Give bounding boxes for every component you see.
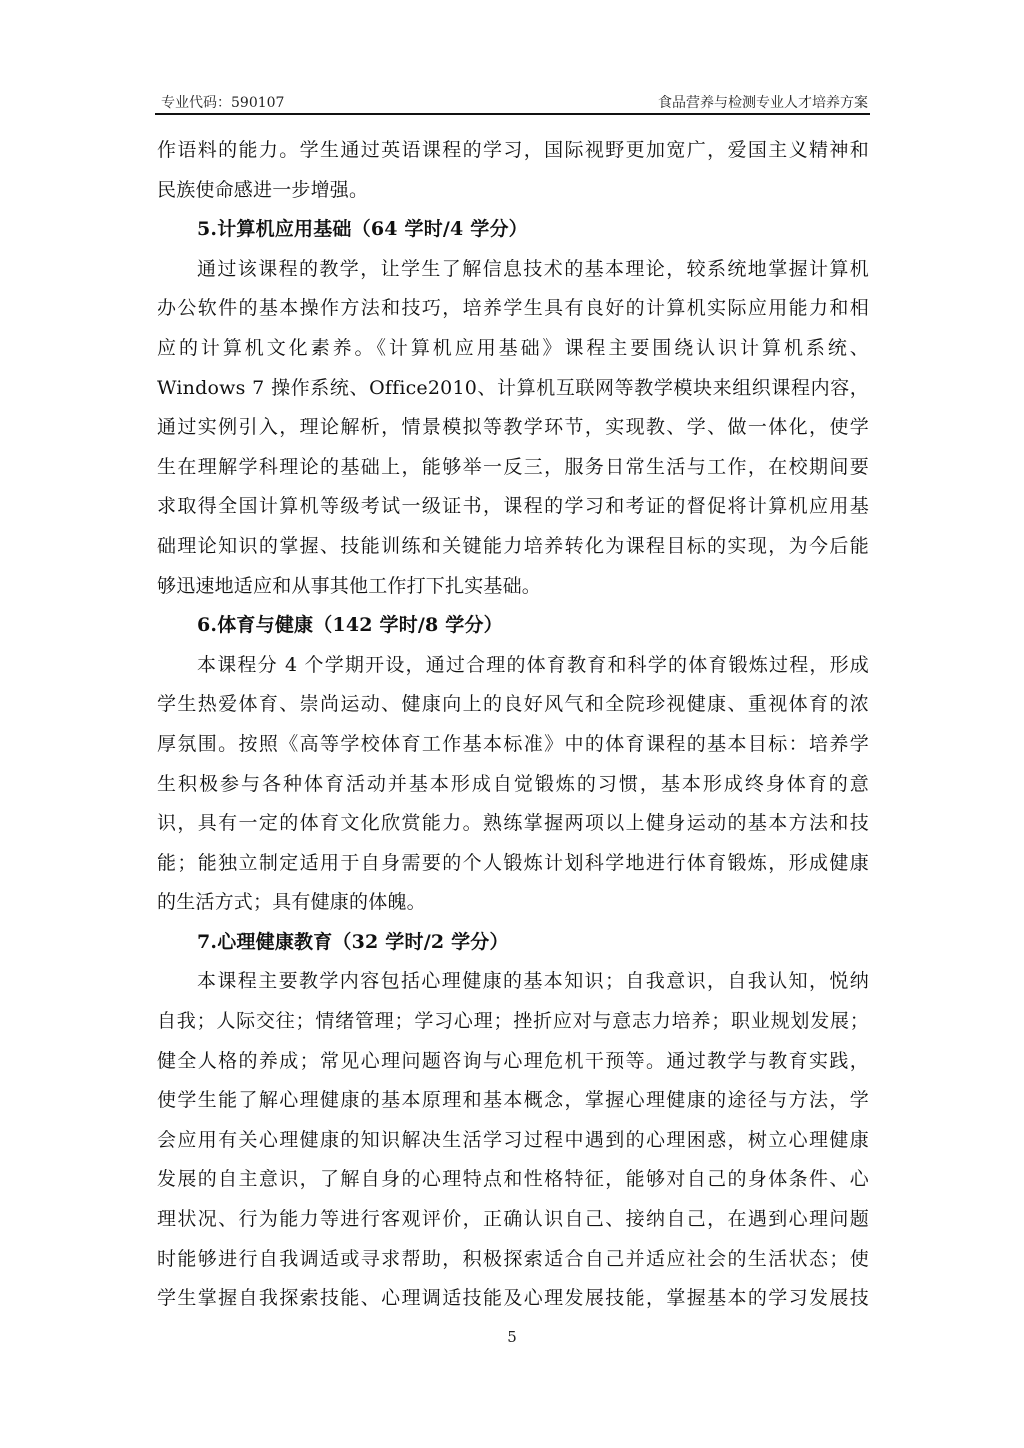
text-line: 时能够进行自我调适或寻求帮助，积极探索适合自己并适应社会的生活状态；使 [157,1240,869,1280]
text-line: 使学生能了解心理健康的基本原理和基本概念，掌握心理健康的途径与方法，学 [157,1081,869,1121]
text-line: 发展的自主意识，了解自身的心理特点和性格特征，能够对自己的身体条件、心 [157,1160,869,1200]
text-line: 够迅速地适应和从事其他工作打下扎实基础。 [157,567,869,607]
text-line: 自我；人际交往；情绪管理；学习心理；挫折应对与意志力培养；职业规划发展； [157,1002,869,1042]
text-line: 求取得全国计算机等级考试一级证书，课程的学习和考证的督促将计算机应用基 [157,487,869,527]
text-line: 通过实例引入，理论解析，情景模拟等教学环节，实现教、学、做一体化，使学 [157,408,869,448]
section-heading-mental-health: 7.心理健康教育（32 学时/2 学分） [157,923,869,963]
text-line: 学生掌握自我探索技能、心理调适技能及心理发展技能，掌握基本的学习发展技 [157,1279,869,1319]
text-line: 识，具有一定的体育文化欣赏能力。熟练掌握两项以上健身运动的基本方法和技 [157,804,869,844]
text-line: 学生热爱体育、崇尚运动、健康向上的良好风气和全院珍视健康、重视体育的浓 [157,685,869,725]
header-divider [155,113,870,115]
page-number: 5 [0,1328,1024,1346]
text-line: 生在理解学科理论的基础上，能够举一反三，服务日常生活与工作，在校期间要 [157,448,869,488]
text-line: 厚氛围。按照《高等学校体育工作基本标准》中的体育课程的基本目标：培养学 [157,725,869,765]
text-line: Windows 7 操作系统、Office2010、计算机互联网等教学模块来组织… [157,369,869,409]
major-code: 专业代码：590107 [161,92,284,112]
text-line: 础理论知识的掌握、技能训练和关键能力培养转化为课程目标的实现，为今后能 [157,527,869,567]
text-line: 健全人格的养成；常见心理问题咨询与心理危机干预等。通过教学与教育实践， [157,1042,869,1082]
text-line: 理状况、行为能力等进行客观评价，正确认识自己、接纳自己，在遇到心理问题 [157,1200,869,1240]
text-line: 的生活方式；具有健康的体魄。 [157,883,869,923]
text-line: 办公软件的基本操作方法和技巧，培养学生具有良好的计算机实际应用能力和相 [157,289,869,329]
text-line: 应的计算机文化素养。《计算机应用基础》课程主要围绕认识计算机系统、 [157,329,869,369]
text-line: 民族使命感进一步增强。 [157,171,869,211]
text-line: 通过该课程的教学，让学生了解信息技术的基本理论，较系统地掌握计算机 [157,250,869,290]
text-line: 作语料的能力。学生通过英语课程的学习，国际视野更加宽广，爱国主义精神和 [157,131,869,171]
document-title: 食品营养与检测专业人才培养方案 [658,92,868,112]
text-line: 本课程主要教学内容包括心理健康的基本知识；自我意识，自我认知，悦纳 [157,962,869,1002]
section-heading-computer: 5.计算机应用基础（64 学时/4 学分） [157,210,869,250]
page-body: 作语料的能力。学生通过英语课程的学习，国际视野更加宽广，爱国主义精神和 民族使命… [157,131,869,1319]
running-header: 专业代码：590107 食品营养与检测专业人才培养方案 [155,92,870,112]
text-line: 本课程分 4 个学期开设，通过合理的体育教育和科学的体育锻炼过程，形成 [157,646,869,686]
section-heading-pe: 6.体育与健康（142 学时/8 学分） [157,606,869,646]
text-line: 能；能独立制定适用于自身需要的个人锻炼计划科学地进行体育锻炼，形成健康 [157,844,869,884]
text-line: 生积极参与各种体育活动并基本形成自觉锻炼的习惯，基本形成终身体育的意 [157,765,869,805]
text-line: 会应用有关心理健康的知识解决生活学习过程中遇到的心理困惑，树立心理健康 [157,1121,869,1161]
